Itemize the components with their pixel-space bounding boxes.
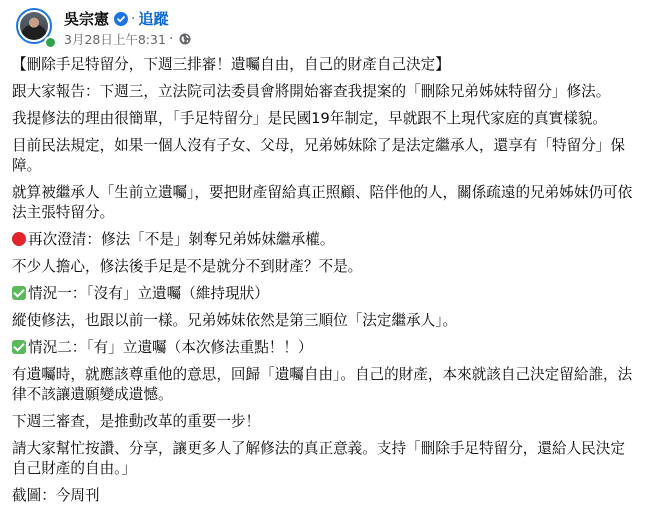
red-circle-icon bbox=[12, 232, 26, 246]
post-timestamp[interactable]: 3月28日上午8:31 bbox=[64, 30, 166, 48]
post-paragraph: 跟大家報告：下週三，立法院司法委員會將開始審查我提案的「刪除兄弟姊妹特留分」修法… bbox=[12, 82, 637, 102]
facebook-post: 吳宗憲 · 追蹤 3月28日上午8:31 · bbox=[0, 0, 646, 516]
check-mark-icon bbox=[12, 340, 26, 354]
timestamp-row: 3月28日上午8:31 · bbox=[64, 30, 191, 48]
check-mark-icon bbox=[12, 286, 26, 300]
paragraph-text: 再次澄清：修法「不是」剝奪兄弟姊妹繼承權。 bbox=[28, 231, 334, 248]
post-header: 吳宗憲 · 追蹤 3月28日上午8:31 · bbox=[16, 8, 191, 48]
post-paragraph: 目前民法規定，如果一個人沒有子女、父母，兄弟姊妹除了是法定繼承人，還享有「特留分… bbox=[12, 136, 637, 176]
follow-button[interactable]: 追蹤 bbox=[138, 8, 168, 29]
post-body: 【刪除手足特留分，下週三排審！遺囑自由，自己的財產自己決定】 跟大家報告：下週三… bbox=[12, 55, 637, 513]
post-paragraph: 就算被繼承人「生前立遺囑」，要把財產留給真正照顧、陪伴他的人，關係疏遠的兄弟姊妹… bbox=[12, 183, 637, 223]
author-avatar[interactable] bbox=[16, 8, 56, 48]
post-paragraph: 有遺囑時，就應該尊重他的意思，回歸「遺囑自由」。自己的財產，本來就該自己決定留給… bbox=[12, 365, 637, 405]
post-paragraph: 下週三審查，是推動改革的重要一步！ bbox=[12, 412, 637, 432]
post-paragraph-case-one: 情況一：「沒有」立遺囑（維持現狀） bbox=[12, 284, 637, 304]
post-source-credit: 截圖：今周刊 bbox=[12, 486, 637, 506]
online-status-icon bbox=[44, 36, 57, 49]
post-paragraph: 我提修法的理由很簡單，「手足特留分」是民國19年制定，早就跟不上現代家庭的真實樣… bbox=[12, 109, 637, 129]
separator-dot: · bbox=[131, 11, 135, 27]
paragraph-text: 情況二：「有」立遺囑（本次修法重點！！） bbox=[28, 339, 313, 356]
author-row: 吳宗憲 · 追蹤 bbox=[64, 9, 191, 29]
separator-dot: · bbox=[169, 31, 173, 47]
author-name[interactable]: 吳宗憲 bbox=[64, 8, 109, 29]
post-title-paragraph: 【刪除手足特留分，下週三排審！遺囑自由，自己的財產自己決定】 bbox=[12, 55, 637, 75]
post-meta: 吳宗憲 · 追蹤 3月28日上午8:31 · bbox=[64, 9, 191, 48]
verified-badge-icon bbox=[114, 12, 128, 26]
post-paragraph-clarification: 再次澄清：修法「不是」剝奪兄弟姊妹繼承權。 bbox=[12, 230, 637, 250]
post-paragraph: 請大家幫忙按讚、分享，讓更多人了解修法的真正意義。支持「刪除手足特留分，還給人民… bbox=[12, 439, 637, 479]
paragraph-text: 情況一：「沒有」立遺囑（維持現狀） bbox=[28, 285, 269, 302]
avatar-photo bbox=[20, 12, 48, 40]
globe-icon[interactable] bbox=[179, 33, 191, 45]
post-paragraph: 不少人擔心，修法後手足是不是就分不到財產？不是。 bbox=[12, 257, 637, 277]
post-paragraph-case-two: 情況二：「有」立遺囑（本次修法重點！！） bbox=[12, 338, 637, 358]
post-paragraph: 縱使修法，也跟以前一樣。兄弟姊妹依然是第三順位「法定繼承人」。 bbox=[12, 311, 637, 331]
